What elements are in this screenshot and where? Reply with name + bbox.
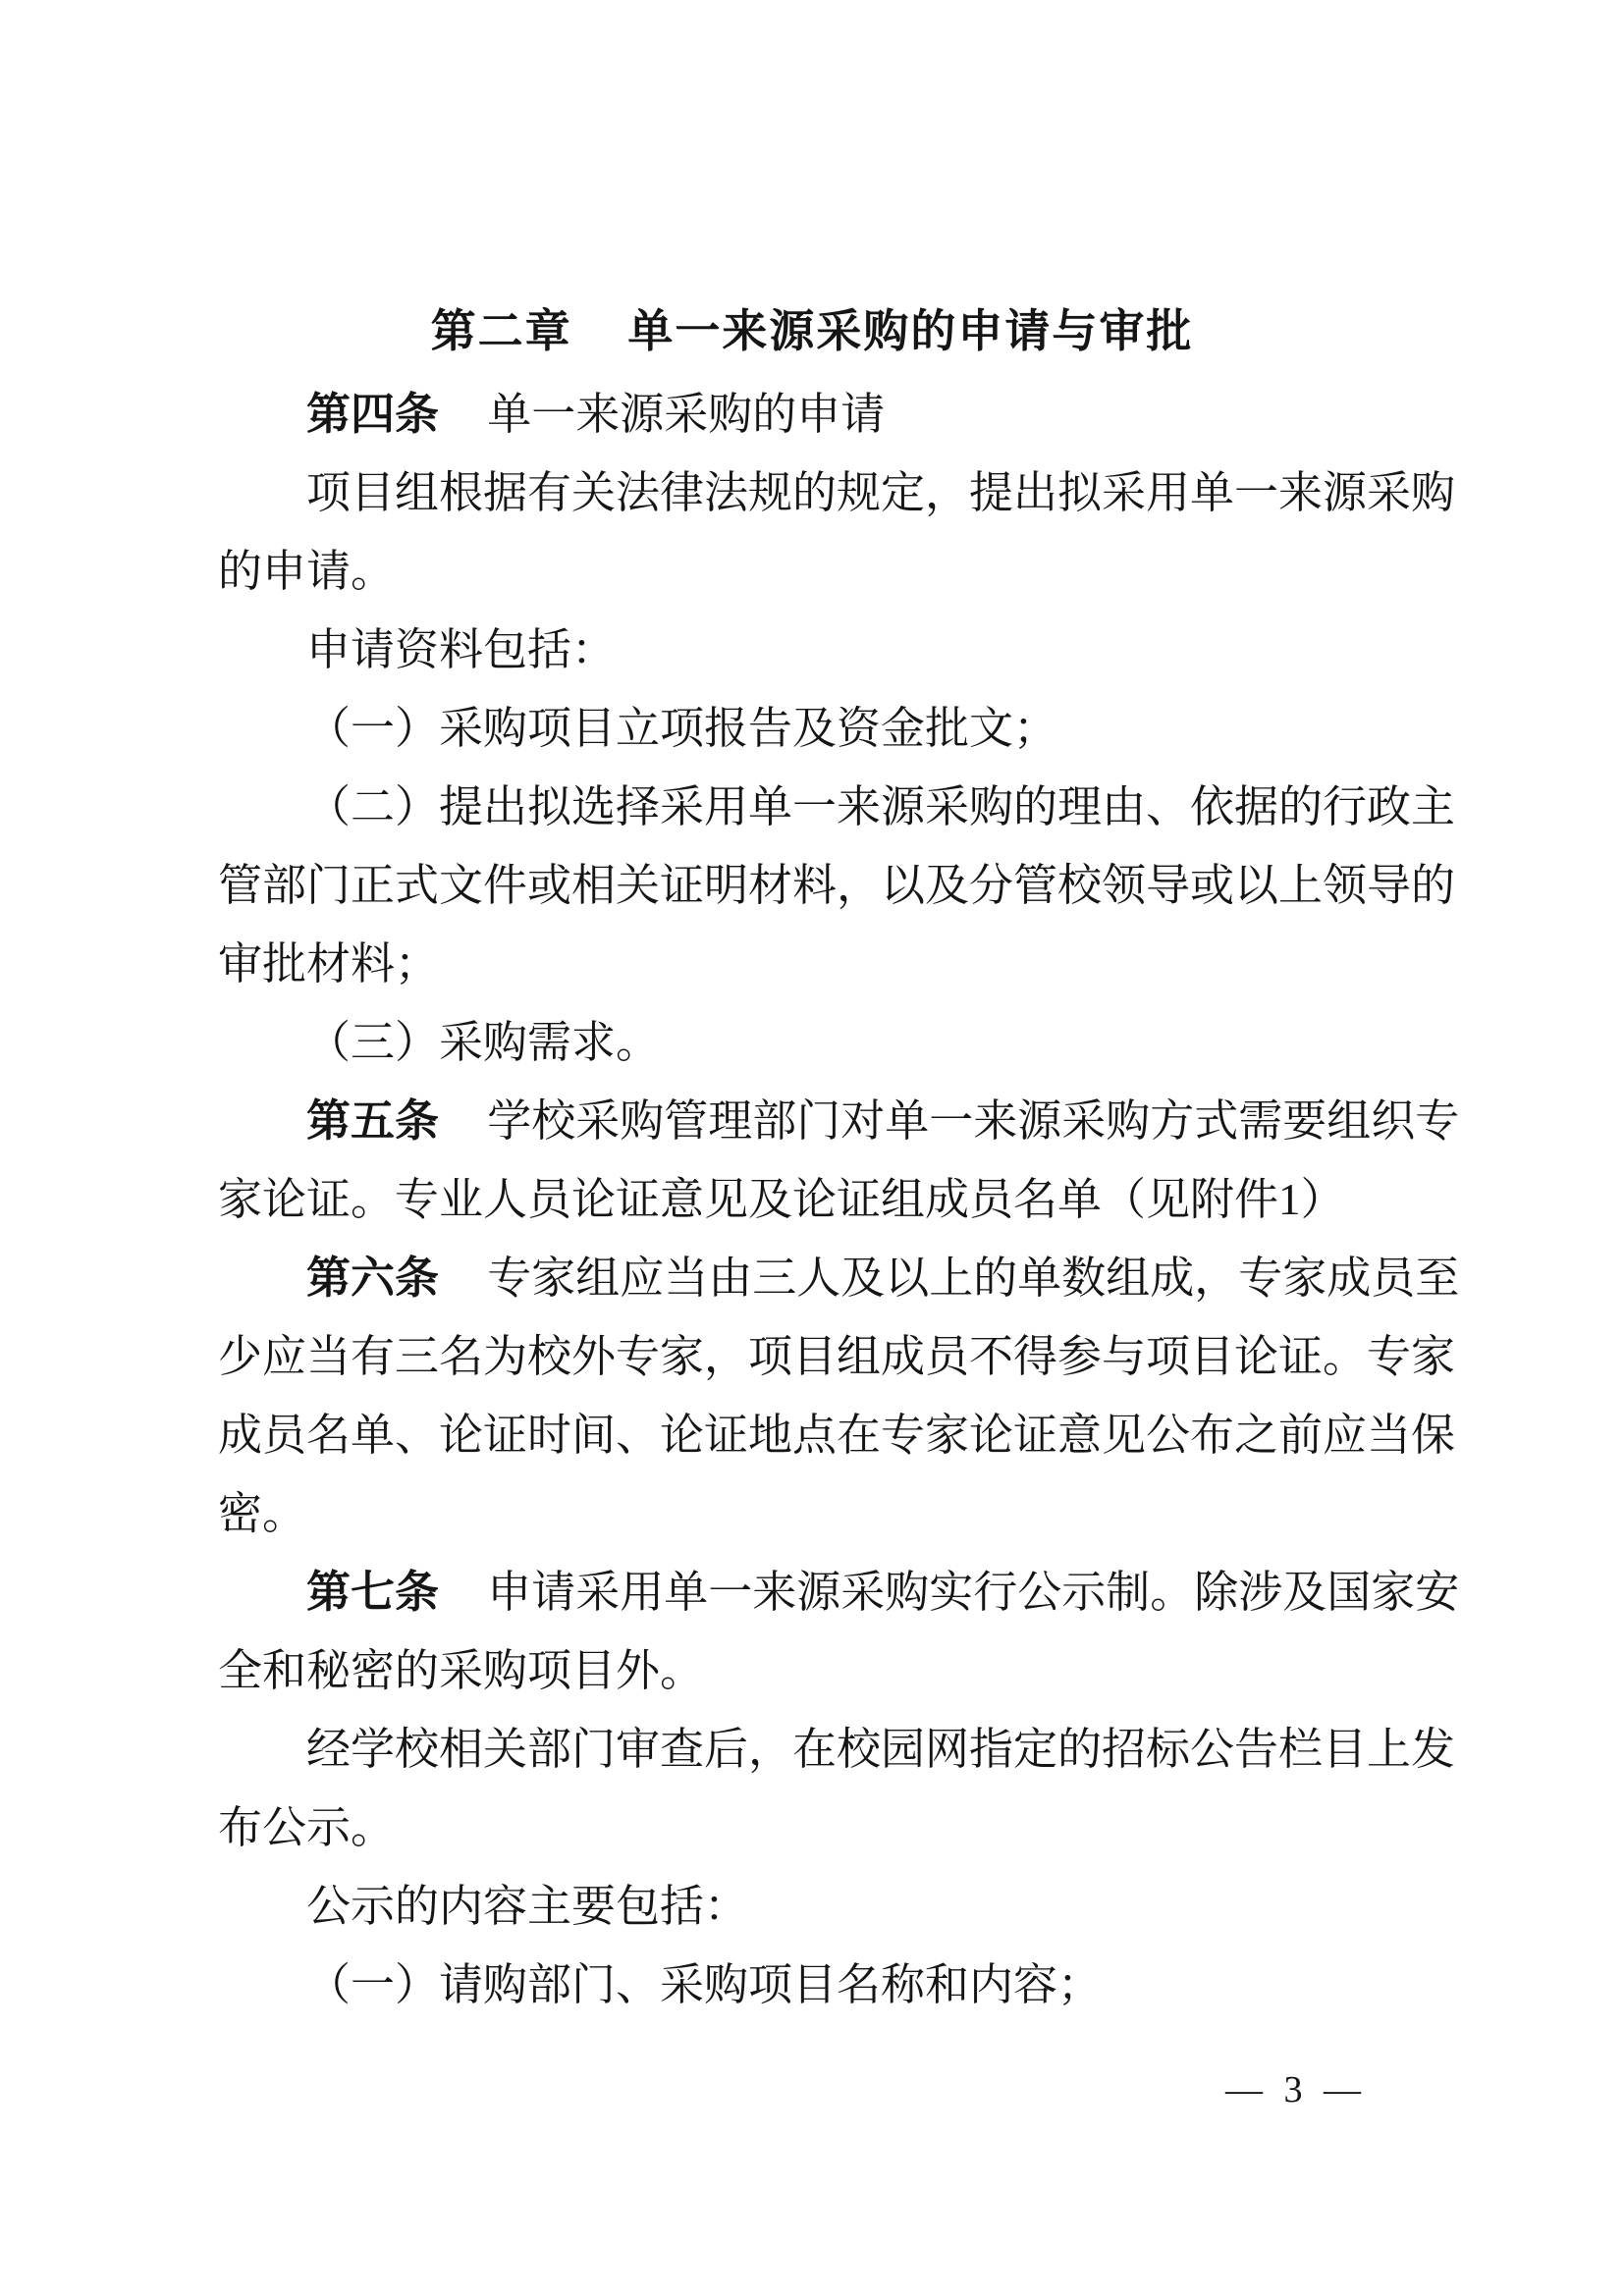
line-text: 密。 (218, 1489, 306, 1538)
document-page: 第二章 单一来源采购的申请与审批 第四条 单一来源采购的申请 项目组根据有关法律… (0, 0, 1624, 2296)
line-text: 家论证。专业人员论证意见及论证组成员名单（见附件1） (218, 1175, 1345, 1224)
chapter-name: 单一来源采购的申请与审批 (627, 305, 1193, 356)
text-line: 布公示。 (218, 1789, 1475, 1867)
line-text: 布公示。 (218, 1803, 395, 1852)
line-text: 申请采用单一来源采购实行公示制。除涉及国家安 (487, 1568, 1459, 1617)
text-line: （三）采购需求。 (218, 1003, 1475, 1082)
line-text: （二）提出拟选择采用单一来源采购的理由、依据的行政主 (306, 782, 1455, 831)
text-line: （一）采购项目立项报告及资金批文； (218, 689, 1475, 768)
line-text: 少应当有三名为校外专家，项目组成员不得参与项目论证。专家 (218, 1332, 1455, 1381)
text-line: 全和秘密的采购项目外。 (218, 1631, 1475, 1710)
page-number: — 3 — (1225, 2067, 1367, 2112)
line-text: （一）请购部门、采购项目名称和内容； (306, 1960, 1102, 2009)
text-line: （二）提出拟选择采用单一来源采购的理由、依据的行政主 (218, 768, 1475, 846)
line-text: 的申请。 (218, 547, 395, 596)
line-text: 单一来源采购的申请 (487, 390, 885, 439)
text-line: 第七条 申请采用单一来源采购实行公示制。除涉及国家安 (218, 1553, 1475, 1631)
text-line: 审批材料； (218, 925, 1475, 1003)
line-text: 成员名单、论证时间、论证地点在专家论证意见公布之前应当保 (218, 1411, 1455, 1460)
text-line: 申请资料包括： (218, 611, 1475, 689)
line-text: （三）采购需求。 (306, 1018, 660, 1067)
text-line: 项目组根据有关法律法规的规定，提出拟采用单一来源采购 (218, 454, 1475, 532)
line-text: 全和秘密的采购项目外。 (218, 1646, 704, 1695)
line-text: （一）采购项目立项报告及资金批文； (306, 704, 1057, 753)
text-line: 的申请。 (218, 532, 1475, 611)
article-number: 第四条 (306, 389, 439, 439)
line-text: 管部门正式文件或相关证明材料，以及分管校领导或以上领导的 (218, 861, 1455, 910)
line-text: 申请资料包括： (306, 625, 616, 674)
text-line: 管部门正式文件或相关证明材料，以及分管校领导或以上领导的 (218, 846, 1475, 925)
text-line: 第五条 学校采购管理部门对单一来源采购方式需要组织专 (218, 1082, 1475, 1160)
text-line: 密。 (218, 1474, 1475, 1553)
text-line: 第四条 单一来源采购的申请 (218, 375, 1475, 454)
text-line: （一）请购部门、采购项目名称和内容； (218, 1946, 1475, 2024)
text-line: 第六条 专家组应当由三人及以上的单数组成，专家成员至 (218, 1239, 1475, 1317)
line-text: 项目组根据有关法律法规的规定，提出拟采用单一来源采购 (306, 468, 1455, 517)
line-text: 学校采购管理部门对单一来源采购方式需要组织专 (487, 1096, 1459, 1146)
article-number: 第七条 (306, 1567, 439, 1617)
article-number: 第五条 (306, 1095, 439, 1146)
chapter-number: 第二章 (431, 305, 572, 356)
line-text: 公示的内容主要包括： (306, 1882, 748, 1931)
line-text: 经学校相关部门审查后，在校园网指定的招标公告栏目上发 (306, 1725, 1455, 1774)
line-text: 专家组应当由三人及以上的单数组成，专家成员至 (487, 1254, 1459, 1303)
article-number: 第六条 (306, 1253, 439, 1303)
text-line: 少应当有三名为校外专家，项目组成员不得参与项目论证。专家 (218, 1317, 1475, 1396)
text-line: 家论证。专业人员论证意见及论证组成员名单（见附件1） (218, 1160, 1475, 1239)
chapter-title: 第二章 单一来源采购的申请与审批 (0, 300, 1624, 361)
text-line: 经学校相关部门审查后，在校园网指定的招标公告栏目上发 (218, 1710, 1475, 1789)
document-body: 第四条 单一来源采购的申请 项目组根据有关法律法规的规定，提出拟采用单一来源采购… (218, 375, 1475, 2024)
text-line: 成员名单、论证时间、论证地点在专家论证意见公布之前应当保 (218, 1396, 1475, 1474)
text-line: 公示的内容主要包括： (218, 1867, 1475, 1946)
line-text: 审批材料； (218, 939, 439, 988)
